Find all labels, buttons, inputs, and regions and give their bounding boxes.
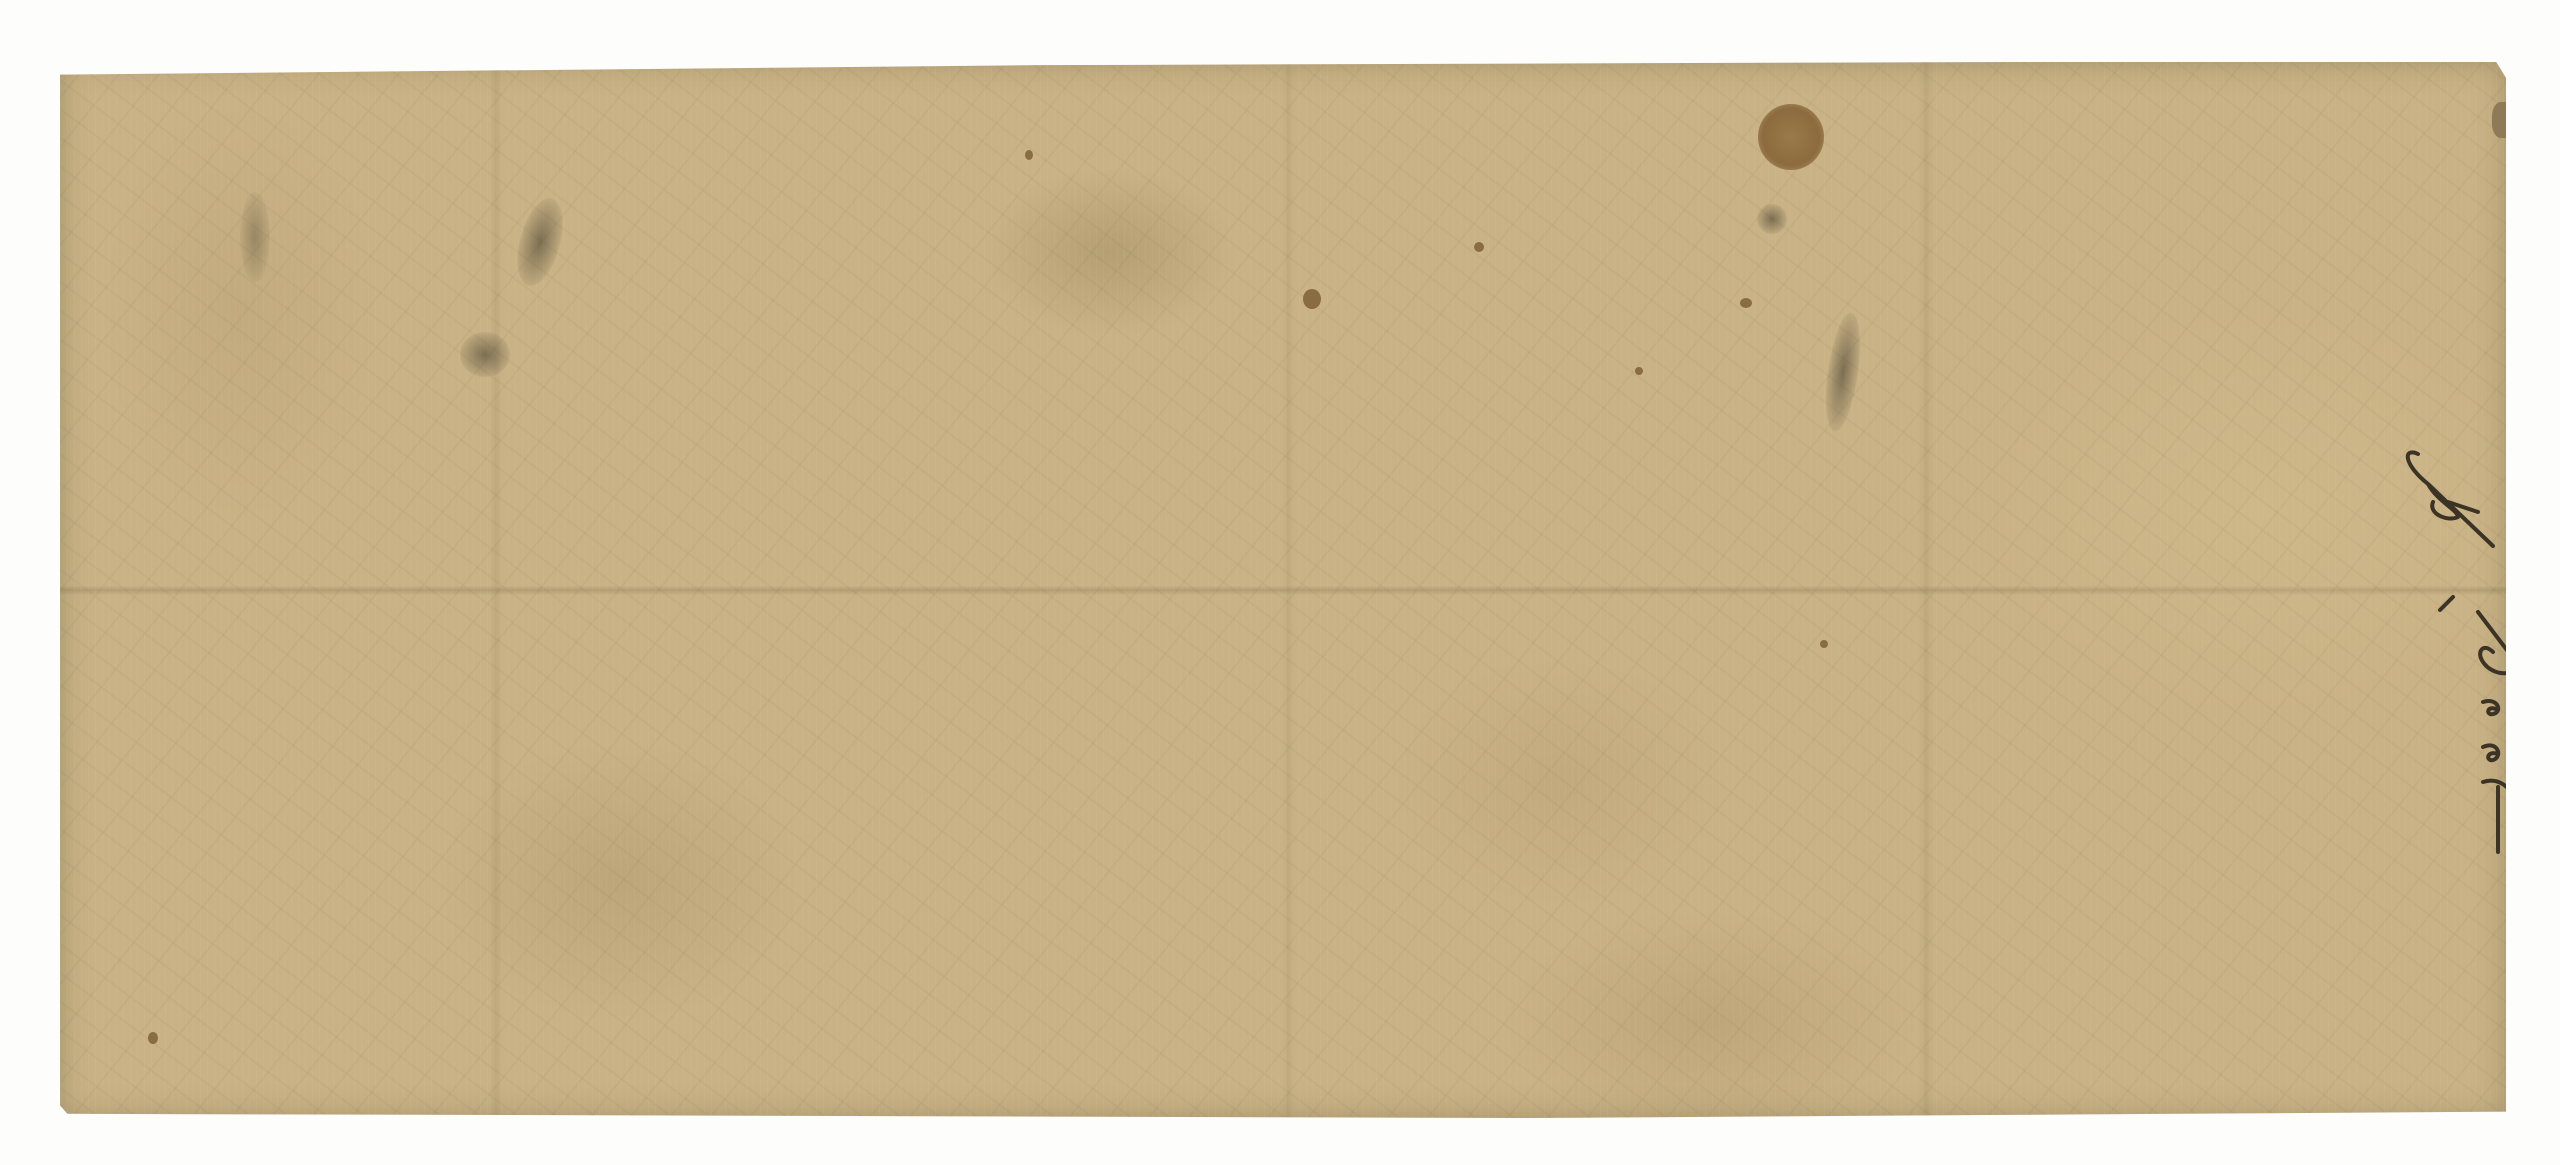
scan-background — [0, 0, 2560, 1165]
water-stain — [1758, 104, 1824, 170]
foxing-spot — [1025, 150, 1033, 160]
ink-smudge — [1757, 204, 1787, 234]
foxing-spot — [1740, 298, 1752, 308]
handwritten-signature — [2398, 442, 2548, 862]
foxing-spot — [1303, 289, 1321, 309]
foxing-spot — [1820, 640, 1828, 648]
ink-smudge — [460, 332, 510, 377]
ink-smudge — [240, 192, 270, 282]
corner-stain — [2492, 102, 2514, 138]
foxing-spot — [1474, 242, 1484, 252]
foxing-spot — [1635, 367, 1643, 375]
banknote-reverse — [60, 62, 2506, 1118]
paper-texture — [60, 62, 2506, 1118]
foxing-spot — [148, 1032, 158, 1044]
